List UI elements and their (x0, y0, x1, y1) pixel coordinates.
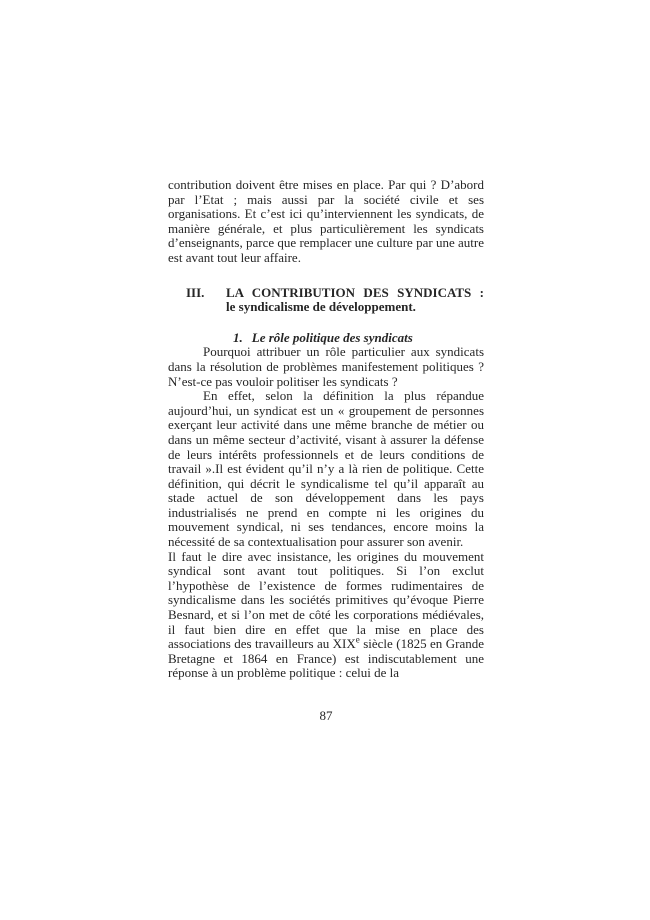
section-heading-text: LA CONTRIBUTION DES SYNDICATS : le syndi… (226, 286, 484, 315)
subsection-heading-text: Le rôle politique des syndicats (252, 330, 413, 345)
subsection-heading: 1.Le rôle politique des syndicats (233, 331, 484, 346)
page-number: 87 (168, 709, 484, 724)
section-heading-line1: LA CONTRIBUTION DES SYNDICATS : (226, 286, 484, 301)
section-heading: III. LA CONTRIBUTION DES SYNDICATS : le … (168, 286, 484, 315)
section-heading-line2: le syndicalisme de développement. (226, 300, 484, 315)
paragraph-pourquoi: Pourquoi attribuer un rôle particulier a… (168, 345, 484, 389)
document-text-block: contribution doivent être mises en place… (168, 178, 484, 724)
section-heading-number: III. (168, 286, 226, 315)
paragraph-il-faut: Il faut le dire avec insistance, les ori… (168, 550, 484, 681)
subsection-heading-number: 1. (233, 330, 243, 345)
paragraph-intro: contribution doivent être mises en place… (168, 178, 484, 266)
paragraph-en-effet: En effet, selon la définition la plus ré… (168, 389, 484, 550)
